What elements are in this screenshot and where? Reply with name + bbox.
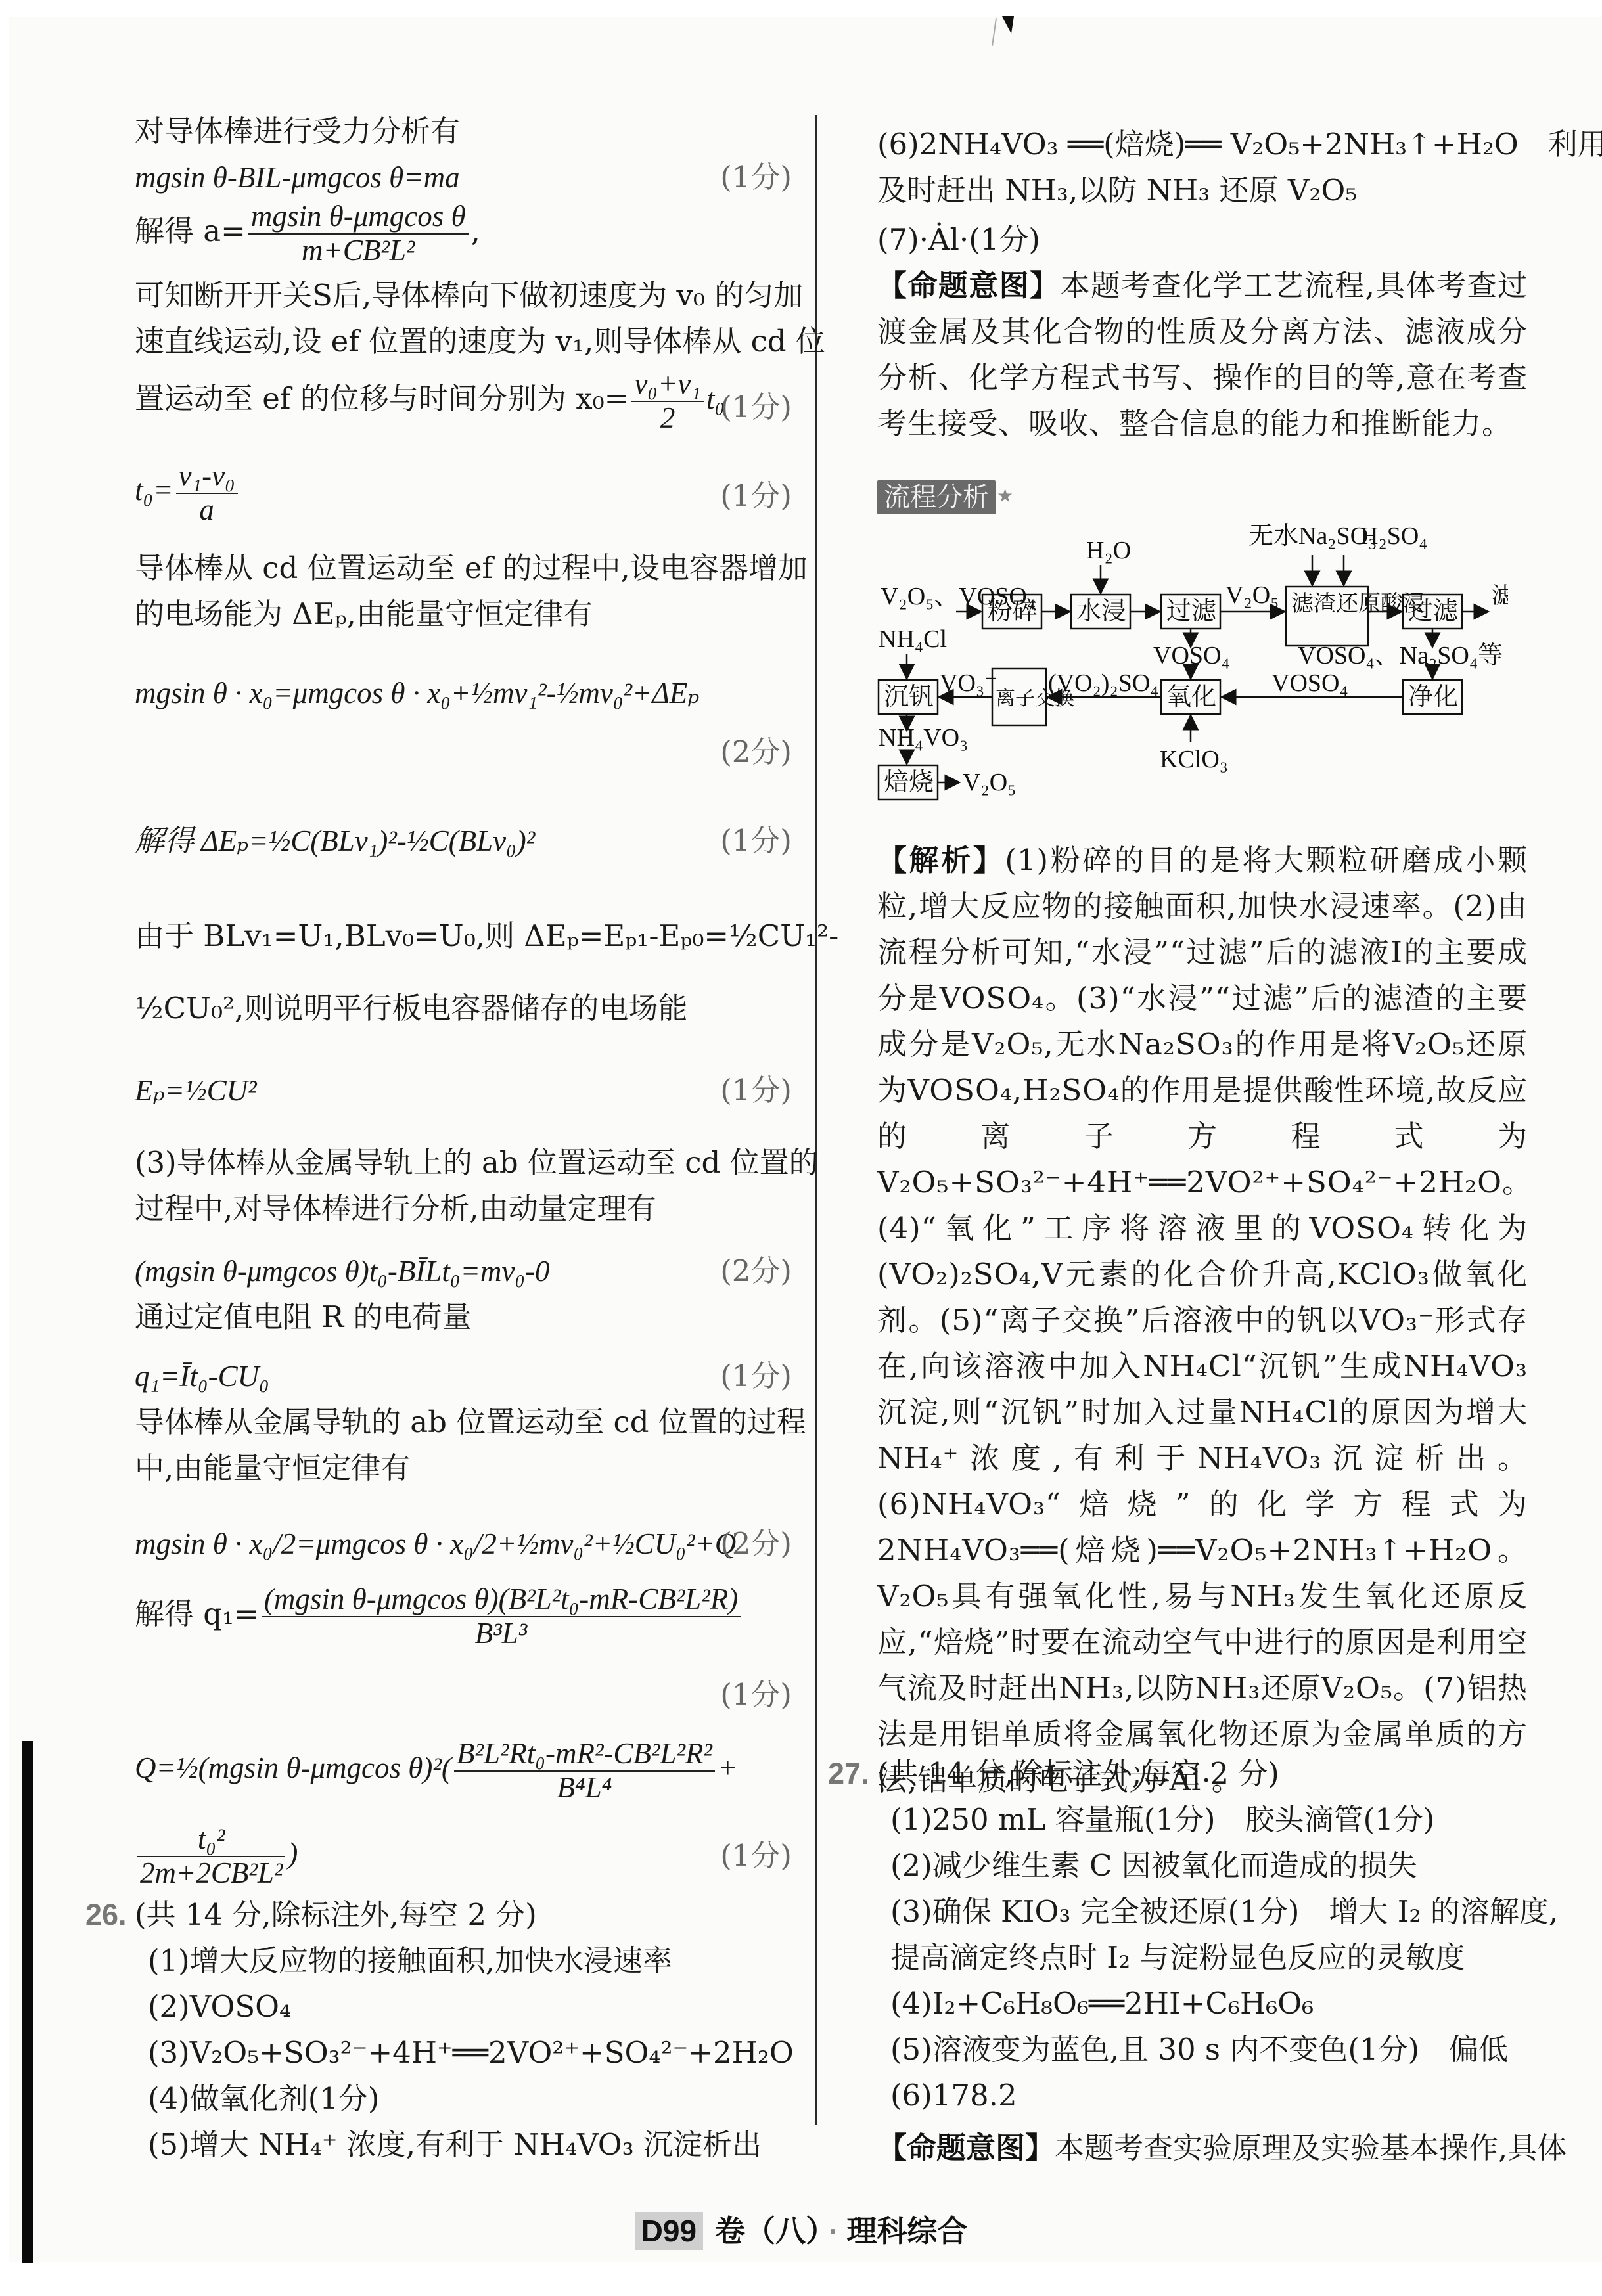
svg-text:H₂O: H₂O (1086, 537, 1131, 564)
svg-text:VO₃⁻: VO₃⁻ (940, 669, 997, 697)
svg-text:(VO₂)₂SO₄: (VO₂)₂SO₄ (1048, 669, 1159, 697)
svg-text:滤渣还原酸浸: 滤渣还原酸浸 (1291, 591, 1425, 616)
text-line: 导体棒从 cd 位置运动至 ef 的过程中,设电容器增加 (135, 545, 808, 591)
q27-answer: (3)确保 KIO₃ 完全被还原(1分) 增大 I₂ 的溶解度, (890, 1889, 1558, 1935)
fraction: (mgsin θ-μmgcos θ)(B²L²t₀-mR-CB²L²R)B³L³ (262, 1583, 741, 1650)
star-icon: ★ (997, 473, 1013, 519)
equation-momentum: (mgsin θ-μmgcos θ)t₀-BĪLt₀=mv₀-0 (135, 1248, 550, 1294)
svg-text:V₂O₅: V₂O₅ (1225, 581, 1279, 609)
text-line: 可知断开开关S后,导体棒向下做初速度为 v₀ 的匀加 (135, 273, 803, 319)
text-line: 对导体棒进行受力分析有 (135, 108, 460, 154)
analysis-paragraph: 【解析】(1)粉碎的目的是将大颗粒研磨成小颗粒,增大反应物的接触面积,加快水浸速… (877, 838, 1528, 1803)
svg-text:粉碎: 粉碎 (988, 598, 1038, 625)
text-line: (3)导体棒从金属导轨上的 ab 位置运动至 cd 位置的 (135, 1140, 819, 1186)
svg-text:氧化: 氧化 (1166, 683, 1216, 711)
equation-delta-ep: 解得 ΔEₚ=½C(BLv₁)²-½C(BLv₀)² (135, 818, 535, 864)
q26-answer: (3)V₂O₅+SO₃²⁻+4H⁺══2VO²⁺+SO₄²⁻+2H₂O (148, 2030, 794, 2076)
svg-text:过滤: 过滤 (1166, 598, 1217, 625)
svg-text:V₂O₅: V₂O₅ (963, 769, 1016, 796)
equation-Q: Q=½(mgsin θ-μmgcos θ)²(B²L²Rt₀-mR²-CB²L²… (135, 1738, 737, 1804)
page-number: D99 (635, 2212, 703, 2250)
section-label: 【命题意图】 (877, 269, 1060, 302)
text-line: 导体棒从金属导轨的 ab 位置运动至 cd 位置的过程 (135, 1399, 806, 1445)
q26-answer: (2)VOSO₄ (148, 1984, 291, 2030)
flow-analysis-badge: 流程分析★ (877, 473, 1013, 519)
fraction: B²L²Rt₀-mR²-CB²L²R²B⁴L⁴ (454, 1738, 715, 1804)
score-mark: (2分) (720, 1248, 792, 1294)
text-line: 中,由能量守恒定律有 (135, 1445, 410, 1491)
svg-text:焙烧: 焙烧 (884, 769, 934, 796)
q27-answer: 提高滴定终点时 I₂ 与淀粉显色反应的灵敏度 (890, 1935, 1465, 1981)
score-mark: (1分) (720, 154, 792, 200)
score-mark: (1分) (720, 1672, 792, 1718)
q27-header: 27. (共 14 分,除标注外,每空 2 分) (877, 1751, 1279, 1797)
score-mark: (1分) (720, 818, 792, 864)
text-line: ½CU₀²,则说明平行板电容器储存的电场能 (135, 985, 687, 1031)
text-line: 速直线运动,设 ef 位置的速度为 v₁,则导体棒从 cd 位 (135, 319, 825, 365)
subject-label: 理科综合 (846, 2214, 967, 2248)
equation-ep: Eₚ=½CU² (135, 1068, 257, 1114)
svg-text:VOSO₄: VOSO₄ (1153, 642, 1230, 669)
q26-answer: (4)做氧化剂(1分) (148, 2076, 380, 2122)
svg-text:沉钒: 沉钒 (884, 683, 934, 711)
score-mark: (2分) (720, 729, 792, 775)
svg-text:NH₄Cl: NH₄Cl (879, 625, 947, 653)
column-divider (815, 115, 817, 2125)
text-line: 的电场能为 ΔEₚ,由能量守恒定律有 (135, 591, 593, 637)
q26-answer: (1)增大反应物的接触面积,加快水浸速率 (148, 1938, 672, 1984)
equation-charge: q₁=Īt₀-CU₀ (135, 1353, 269, 1399)
svg-text:KClO₃: KClO₃ (1160, 746, 1228, 773)
text-line: 由于 BLv₁=U₁,BLv₀=U₀,则 ΔEₚ=Eₚ₁-Eₚ₀=½CU₁²- (135, 913, 838, 959)
svg-text:过滤: 过滤 (1408, 598, 1459, 625)
svg-text:滤渣制砖: 滤渣制砖 (1492, 583, 1508, 608)
binding-edge (22, 1741, 33, 2263)
question-number: 26. (85, 1892, 127, 1938)
q26-header: 26. (共 14 分,除标注外,每空 2 分) (135, 1892, 537, 1938)
svg-text:H₂SO₄: H₂SO₄ (1360, 522, 1428, 550)
score-mark: (2分) (720, 1521, 792, 1567)
volume-label: 卷（八） (715, 2214, 821, 2248)
q26-answer: (5)增大 NH₄⁺ 浓度,有利于 NH₄VO₃ 沉淀析出 (148, 2122, 762, 2168)
svg-text:VOSO₄、Na₂SO₄等: VOSO₄、Na₂SO₄等 (1298, 642, 1503, 669)
text-line: 过程中,对导体棒进行分析,由动量定理有 (135, 1186, 656, 1232)
fraction: mgsin θ-μmgcos θm+CB²L² (248, 200, 469, 267)
equation-acceleration: 解得 a=mgsin θ-μmgcos θm+CB²L², (135, 200, 480, 267)
svg-text:VOSO₄: VOSO₄ (1271, 669, 1348, 697)
svg-text:水浸: 水浸 (1076, 598, 1126, 625)
q27-intent: 【命题意图】本题考查实验原理及实验基本操作,具体 (877, 2125, 1567, 2171)
process-flow-diagram: V₂O₅、VOSO₄ 粉碎 水浸 过滤 滤渣还原酸浸 过滤 净化 氧化 离子交换… (877, 519, 1508, 861)
svg-text:NH₄VO₃: NH₄VO₃ (879, 724, 968, 752)
equation-time: t₀=v₁-v₀a (135, 460, 240, 526)
svg-text:无水Na₂SO₃: 无水Na₂SO₃ (1248, 522, 1377, 550)
equation-displacement: 置运动至 ef 的位移与时间分别为 x₀=v₀+v₁2t₀ (135, 368, 725, 434)
q26-answer: 及时赶出 NH₃,以防 NH₃ 还原 V₂O₅ (877, 168, 1357, 214)
q26-answer: (6)2NH₄VO₃ ══(焙烧)══ V₂O₅+2NH₃↑+H₂O 利用空气流 (877, 122, 1602, 168)
fraction: v₀+v₁2 (631, 368, 704, 434)
score-mark: (1分) (720, 384, 792, 430)
text-line: 通过定值电阻 R 的电荷量 (135, 1294, 472, 1340)
question-number: 27. (828, 1751, 869, 1797)
equation-q1: 解得 q₁=(mgsin θ-μmgcos θ)(B²L²t₀-mR-CB²L²… (135, 1583, 743, 1650)
score-mark: (1分) (720, 473, 792, 519)
score-mark: (1分) (720, 1068, 792, 1114)
equation-energy-2: mgsin θ · x₀/2=μmgcos θ · x₀/2+½mv₀²+½CU… (135, 1521, 736, 1567)
separator: · (829, 2214, 838, 2248)
section-label: 【解析】 (877, 844, 1005, 877)
equation-force: mgsin θ-BIL-μmgcos θ=ma (135, 154, 460, 200)
q27-answer: (1)250 mL 容量瓶(1分) 胶头滴管(1分) (890, 1797, 1434, 1843)
score-mark: (1分) (720, 1833, 792, 1879)
intent-paragraph: 【命题意图】本题考查化学工艺流程,具体考查过渡金属及其化合物的性质及分离方法、滤… (877, 263, 1528, 447)
fraction: v₁-v₀a (176, 460, 238, 526)
q26-answer: (7)·Ȧl·(1分) (877, 217, 1040, 263)
equation-Q-cont: t₀²2m+2CB²L²) (135, 1823, 298, 1889)
q27-answer: (4)I₂+C₆H₈O₆══2HI+C₆H₆O₆ (890, 1981, 1314, 2027)
top-marker-icon (1002, 16, 1014, 34)
svg-text:净化: 净化 (1408, 683, 1458, 711)
score-mark: (1分) (720, 1353, 792, 1399)
equation-energy: mgsin θ · x₀=μmgcos θ · x₀+½mv₁²-½mv₀²+Δ… (135, 670, 699, 716)
page-footer: D99卷（八）·理科综合 (0, 2207, 1602, 2251)
q27-answer: (6)178.2 (890, 2073, 1017, 2119)
q27-answer: (2)减少维生素 C 因被氧化而造成的损失 (890, 1843, 1417, 1889)
section-label: 【命题意图】 (877, 2131, 1055, 2165)
fraction: t₀²2m+2CB²L² (137, 1823, 285, 1889)
q27-answer: (5)溶液变为蓝色,且 30 s 内不变色(1分) 偏低 (890, 2027, 1508, 2073)
